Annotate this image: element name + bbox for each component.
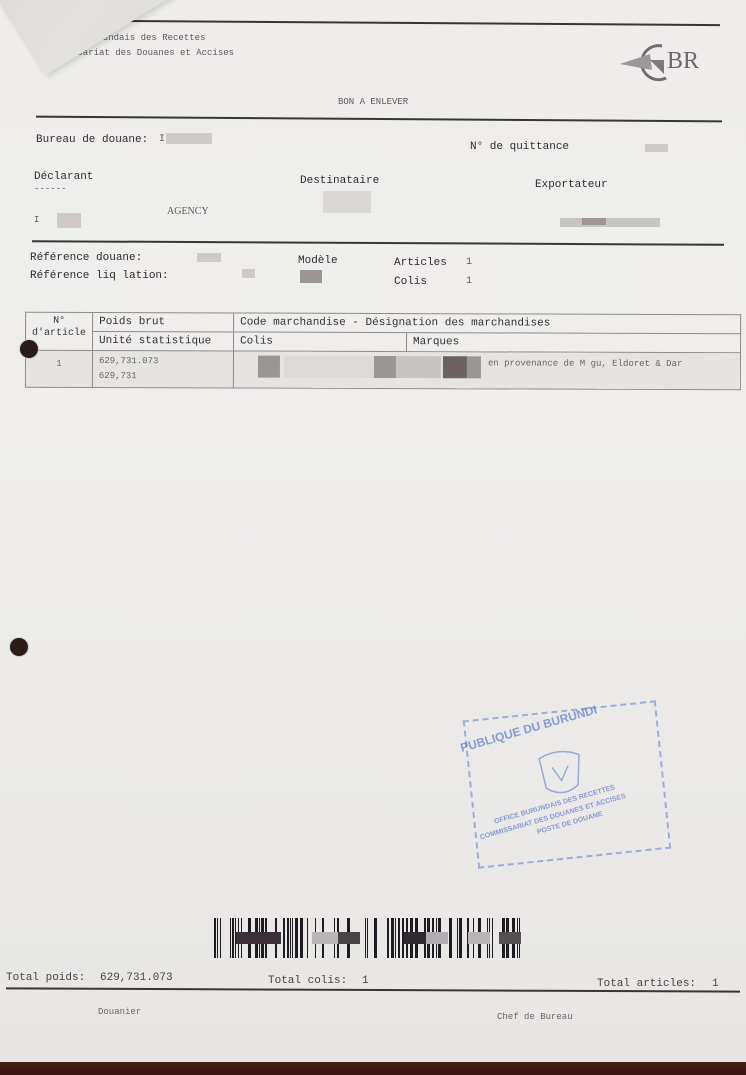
row-poids-brut: 629,731.073 [99, 354, 227, 369]
redacted-code-5 [443, 356, 467, 378]
hole-punch-middle [10, 638, 28, 656]
redacted-modele [300, 270, 322, 283]
redacted-code-6 [467, 356, 481, 378]
row-article-no: 1 [25, 350, 92, 387]
obr-logo: BR [620, 40, 710, 85]
header-code-designation: Code marchandise - Désignation des march… [234, 313, 741, 334]
row-designation: en provenance de M gu, Eldoret & Dar [488, 358, 682, 369]
douanier-signature-label: Douanier [98, 1007, 141, 1017]
hole-punch-top [20, 340, 38, 358]
redacted-exportateur-dark [582, 218, 606, 225]
quittance-label: N° de quittance [470, 141, 569, 153]
redacted-exportateur [560, 218, 660, 227]
header-poids-brut: Poids brut [93, 312, 234, 331]
logo-text: BR [667, 48, 699, 75]
redacted-quittance [645, 144, 668, 152]
total-colis-value: 1 [362, 975, 369, 987]
exportateur-label: Exportateur [535, 179, 608, 191]
header-marques: Marques [406, 333, 740, 353]
declarant-prefix: I [34, 215, 39, 225]
redacted-code-3 [374, 356, 396, 378]
row-designation-cell: en provenance de M gu, Eldoret & Dar [233, 351, 740, 390]
total-colis-label: Total colis: [268, 975, 347, 987]
ref-liquidation-label: Référence liq lation: [30, 270, 169, 282]
document-page [0, 0, 746, 1068]
colis-value: 1 [466, 276, 472, 287]
row-poids: 629,731.073 629,731 [92, 350, 233, 387]
barcode [214, 918, 522, 958]
articles-value: 1 [466, 257, 472, 268]
header-unite-statistique: Unité statistique [93, 331, 234, 350]
table-row: 1 629,731.073 629,731 en provenance de M… [25, 350, 740, 389]
header-colis: Colis [233, 332, 406, 352]
destinataire-label: Destinataire [300, 175, 379, 187]
ref-douane-label: Référence douane: [30, 252, 142, 264]
document-title: BON A ENLEVER [338, 97, 408, 107]
chef-bureau-signature-label: Chef de Bureau [497, 1012, 573, 1022]
redacted-code-2 [284, 356, 374, 378]
goods-table: N° d'article Poids brut Code marchandise… [25, 312, 741, 390]
header-line-2: ssariat des Douanes et Accises [72, 48, 234, 58]
redacted-ref-liquidation [242, 269, 255, 278]
redacted-ref-douane [197, 253, 221, 262]
bureau-value: I [159, 134, 165, 145]
redacted-destinataire [323, 191, 371, 213]
total-articles-label: Total articles: [597, 978, 696, 990]
articles-label: Articles [394, 257, 447, 269]
redacted-declarant [57, 213, 81, 228]
bureau-label: Bureau de douane: [36, 134, 148, 146]
declarant-label: Déclarant [34, 171, 93, 183]
customs-stamp: PUBLIQUE DU BURUNDI OFFICE BURUNDAIS DES… [463, 700, 672, 868]
desk-surface [0, 1062, 746, 1075]
modele-label: Modèle [298, 255, 338, 267]
total-poids-label: Total poids: [6, 972, 85, 984]
colis-label: Colis [394, 276, 427, 288]
redacted-bureau [166, 133, 212, 144]
row-unite-statistique: 629,731 [99, 369, 227, 384]
redacted-code-1 [258, 356, 280, 378]
total-articles-value: 1 [712, 978, 719, 990]
declarant-agency: AGENCY [167, 206, 209, 217]
redacted-code-4 [396, 356, 441, 378]
total-poids-value: 629,731.073 [100, 972, 173, 984]
declarant-dots: ------ [34, 184, 66, 194]
